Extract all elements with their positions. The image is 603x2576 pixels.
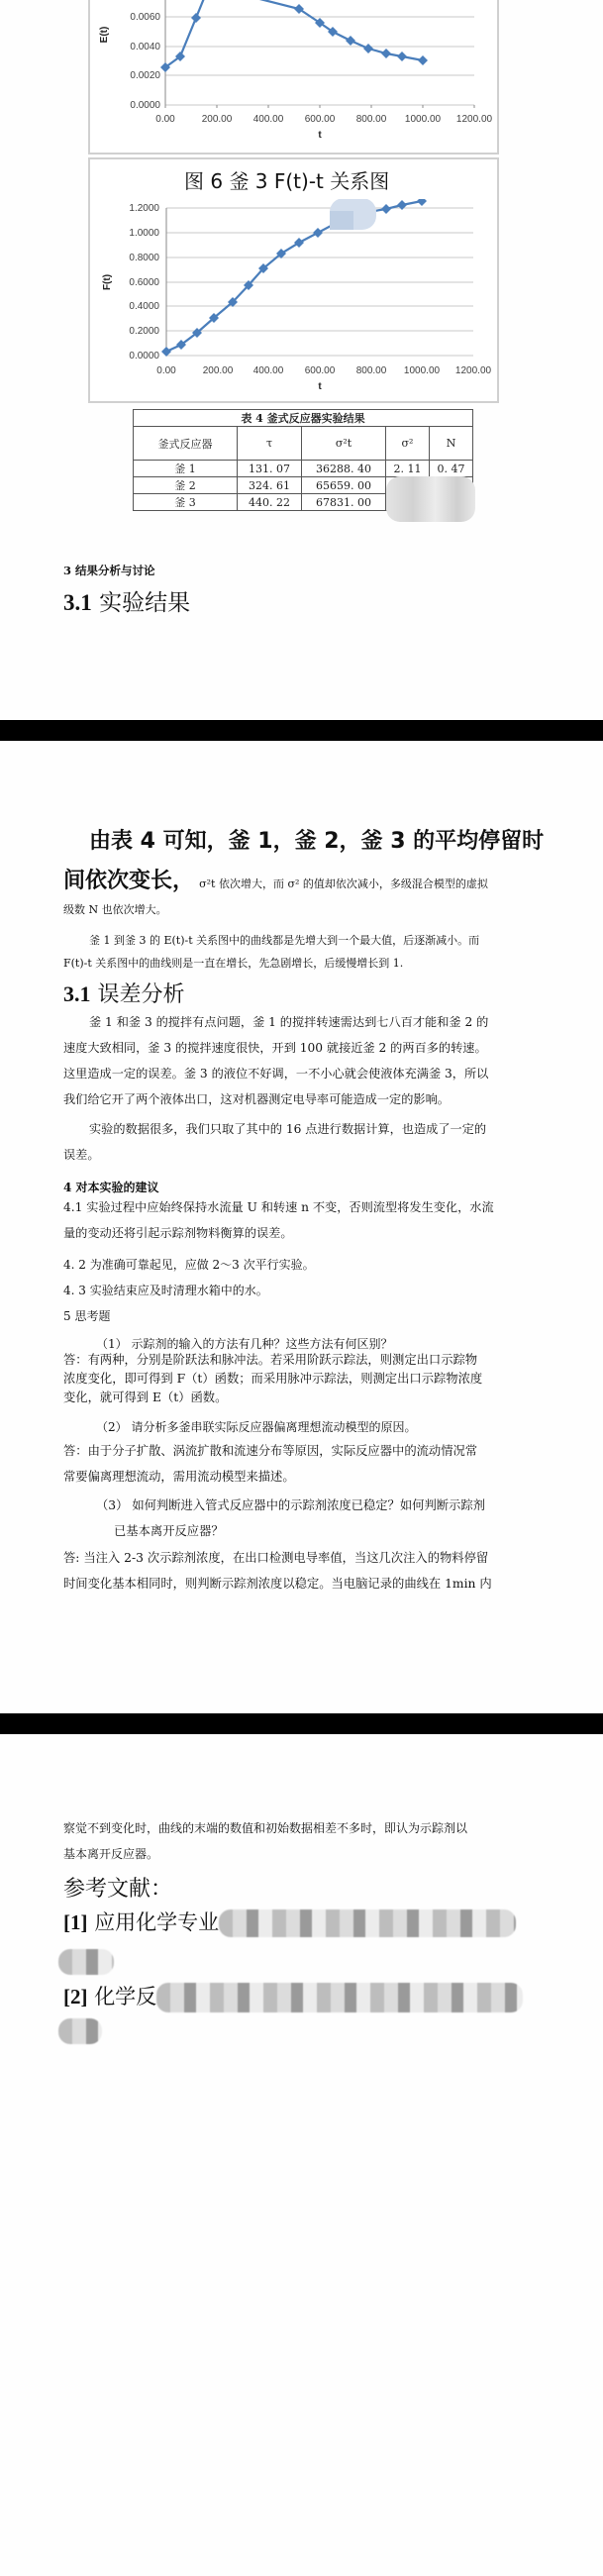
paragraph: 4. 2 为准确可靠起见，应做 2～3 次平行实验。 bbox=[63, 1256, 315, 1273]
table-row: 釜 1131. 07 36288. 402. 11 0. 47 bbox=[134, 461, 473, 477]
svg-text:800.00: 800.00 bbox=[356, 365, 387, 376]
redaction-blur bbox=[58, 2018, 102, 2044]
chart-ft-panel: 图 6 釜 3 F(t)-t 关系图 1.2000 1.0000 0.8000 … bbox=[88, 157, 499, 403]
svg-text:0.6000: 0.6000 bbox=[129, 277, 159, 288]
svg-text:t: t bbox=[318, 130, 322, 141]
svg-text:0.00: 0.00 bbox=[156, 365, 176, 376]
paragraph: 实验的数据很多，我们只取了其中的 16 点进行数据计算，也造成了一定的 误差。 bbox=[63, 1116, 541, 1168]
reference-item: [2] 化学反 bbox=[63, 1981, 523, 2012]
svg-text:1200.00: 1200.00 bbox=[456, 114, 493, 125]
answer: 答：由于分子扩散、涡流扩散和流速分布等原因，实际反应器中的流动情况常 常要偏离理… bbox=[63, 1438, 477, 1490]
answer: 答: 当注入 2-3 次示踪剂浓度，在出口检测电导率值，当这几次注入的物料停留 … bbox=[63, 1545, 492, 1597]
svg-text:E(t): E(t) bbox=[99, 27, 110, 44]
svg-text:0.0000: 0.0000 bbox=[130, 100, 160, 111]
svg-text:F(t): F(t) bbox=[102, 274, 113, 290]
table-header: σ²t bbox=[302, 427, 386, 461]
svg-text:0.0020: 0.0020 bbox=[130, 70, 160, 81]
question: （3） 如何判断进入管式反应器中的示踪剂浓度已稳定？如何判断示踪剂 已基本离开反… bbox=[96, 1493, 485, 1544]
et-line-chart: 0.0060 0.0040 0.0020 0.0000 0.00 200.00 … bbox=[90, 0, 497, 153]
svg-text:t: t bbox=[318, 381, 322, 392]
paragraph: F(t)-t 关系图中的曲线则是一直在增长，先急剧增长，后缓慢增长到 1. bbox=[63, 955, 403, 971]
paragraph: 4.1 实验过程中应始终保持水流量 U 和转速 n 不变，否则流型将发生变化，水… bbox=[63, 1194, 541, 1246]
svg-text:200.00: 200.00 bbox=[202, 114, 233, 125]
svg-text:1000.00: 1000.00 bbox=[404, 365, 441, 376]
references-heading: 参考文献： bbox=[63, 1872, 172, 1903]
svg-text:1.0000: 1.0000 bbox=[129, 228, 159, 239]
section-heading: 3.1 误差分析 bbox=[63, 978, 185, 1008]
redaction-blur bbox=[219, 1909, 516, 1937]
table-header: N bbox=[430, 427, 473, 461]
svg-text:600.00: 600.00 bbox=[305, 114, 336, 125]
svg-text:0.2000: 0.2000 bbox=[129, 326, 159, 337]
chart-et-panel: 0.0060 0.0040 0.0020 0.0000 0.00 200.00 … bbox=[88, 0, 499, 155]
ft-line-chart: 1.2000 1.0000 0.8000 0.6000 0.4000 0.200… bbox=[90, 199, 497, 397]
svg-text:0.0000: 0.0000 bbox=[129, 351, 159, 361]
svg-text:1.2000: 1.2000 bbox=[129, 203, 159, 214]
paragraph-lead: 由表 4 可知，釜 1，釜 2，釜 3 的平均停留时 bbox=[89, 824, 544, 855]
table-header: σ² bbox=[386, 427, 430, 461]
table-header: τ bbox=[238, 427, 302, 461]
page-divider bbox=[0, 720, 603, 741]
answer: 察觉不到变化时，曲线的末端的数值和初始数据相差不多时，即认为示踪剂以 基本离开反… bbox=[63, 1815, 467, 1867]
paragraph: 釜 1 和釜 3 的搅拌有点问题，釜 1 的搅拌转速需达到七八百才能和釜 2 的… bbox=[63, 1009, 541, 1112]
svg-text:0.4000: 0.4000 bbox=[129, 301, 159, 312]
svg-text:400.00: 400.00 bbox=[253, 114, 284, 125]
svg-text:0.0060: 0.0060 bbox=[130, 12, 160, 23]
section-heading: 3 结果分析与讨论 bbox=[63, 563, 155, 578]
redaction-blur bbox=[386, 476, 475, 522]
paragraph: 级数 N 也依次增大。 bbox=[63, 901, 167, 917]
svg-text:1000.00: 1000.00 bbox=[405, 114, 442, 125]
table-header: 釜式反应器 bbox=[134, 427, 238, 461]
svg-text:800.00: 800.00 bbox=[356, 114, 387, 125]
svg-text:200.00: 200.00 bbox=[203, 365, 234, 376]
svg-text:1200.00: 1200.00 bbox=[455, 365, 492, 376]
section-heading: 4 对本实验的建议 bbox=[63, 1179, 159, 1195]
svg-text:600.00: 600.00 bbox=[305, 365, 336, 376]
figure-caption: 图 6 釜 3 F(t)-t 关系图 bbox=[184, 165, 389, 194]
paragraph: 釜 1 到釜 3 的 E(t)-t 关系图中的曲线都是先增大到一个最大值，后逐渐… bbox=[89, 932, 479, 948]
answer: 答：有两种，分别是阶跃法和脉冲法。若采用阶跃示踪法，则测定出口示踪物 浓度变化，… bbox=[63, 1351, 482, 1407]
table-caption: 表 4 釜式反应器实验结果 bbox=[134, 410, 473, 427]
section-heading: 5 思考题 bbox=[63, 1307, 110, 1324]
redaction-blur bbox=[58, 1949, 114, 1975]
question: （2） 请分析多釜串联实际反应器偏离理想流动模型的原因。 bbox=[96, 1418, 416, 1435]
svg-text:0.0040: 0.0040 bbox=[130, 42, 160, 52]
svg-text:400.00: 400.00 bbox=[253, 365, 284, 376]
page-divider bbox=[0, 1713, 603, 1734]
section-heading: 3.1 实验结果 bbox=[63, 584, 190, 617]
paragraph: 4. 3 实验结束应及时清理水箱中的水。 bbox=[63, 1282, 268, 1298]
paragraph: 间依次变长， σ²t 依次增大，而 σ² 的值却依次减小，多级混合模型的虚拟 bbox=[63, 864, 488, 894]
redaction-blur bbox=[156, 1983, 523, 2012]
question: （1） 示踪剂的输入的方法有几种？这些方法有何区别？ bbox=[96, 1335, 392, 1352]
svg-text:0.00: 0.00 bbox=[155, 114, 175, 125]
svg-text:0.8000: 0.8000 bbox=[129, 253, 159, 263]
reference-item: [1] 应用化学专业 bbox=[63, 1906, 516, 1937]
